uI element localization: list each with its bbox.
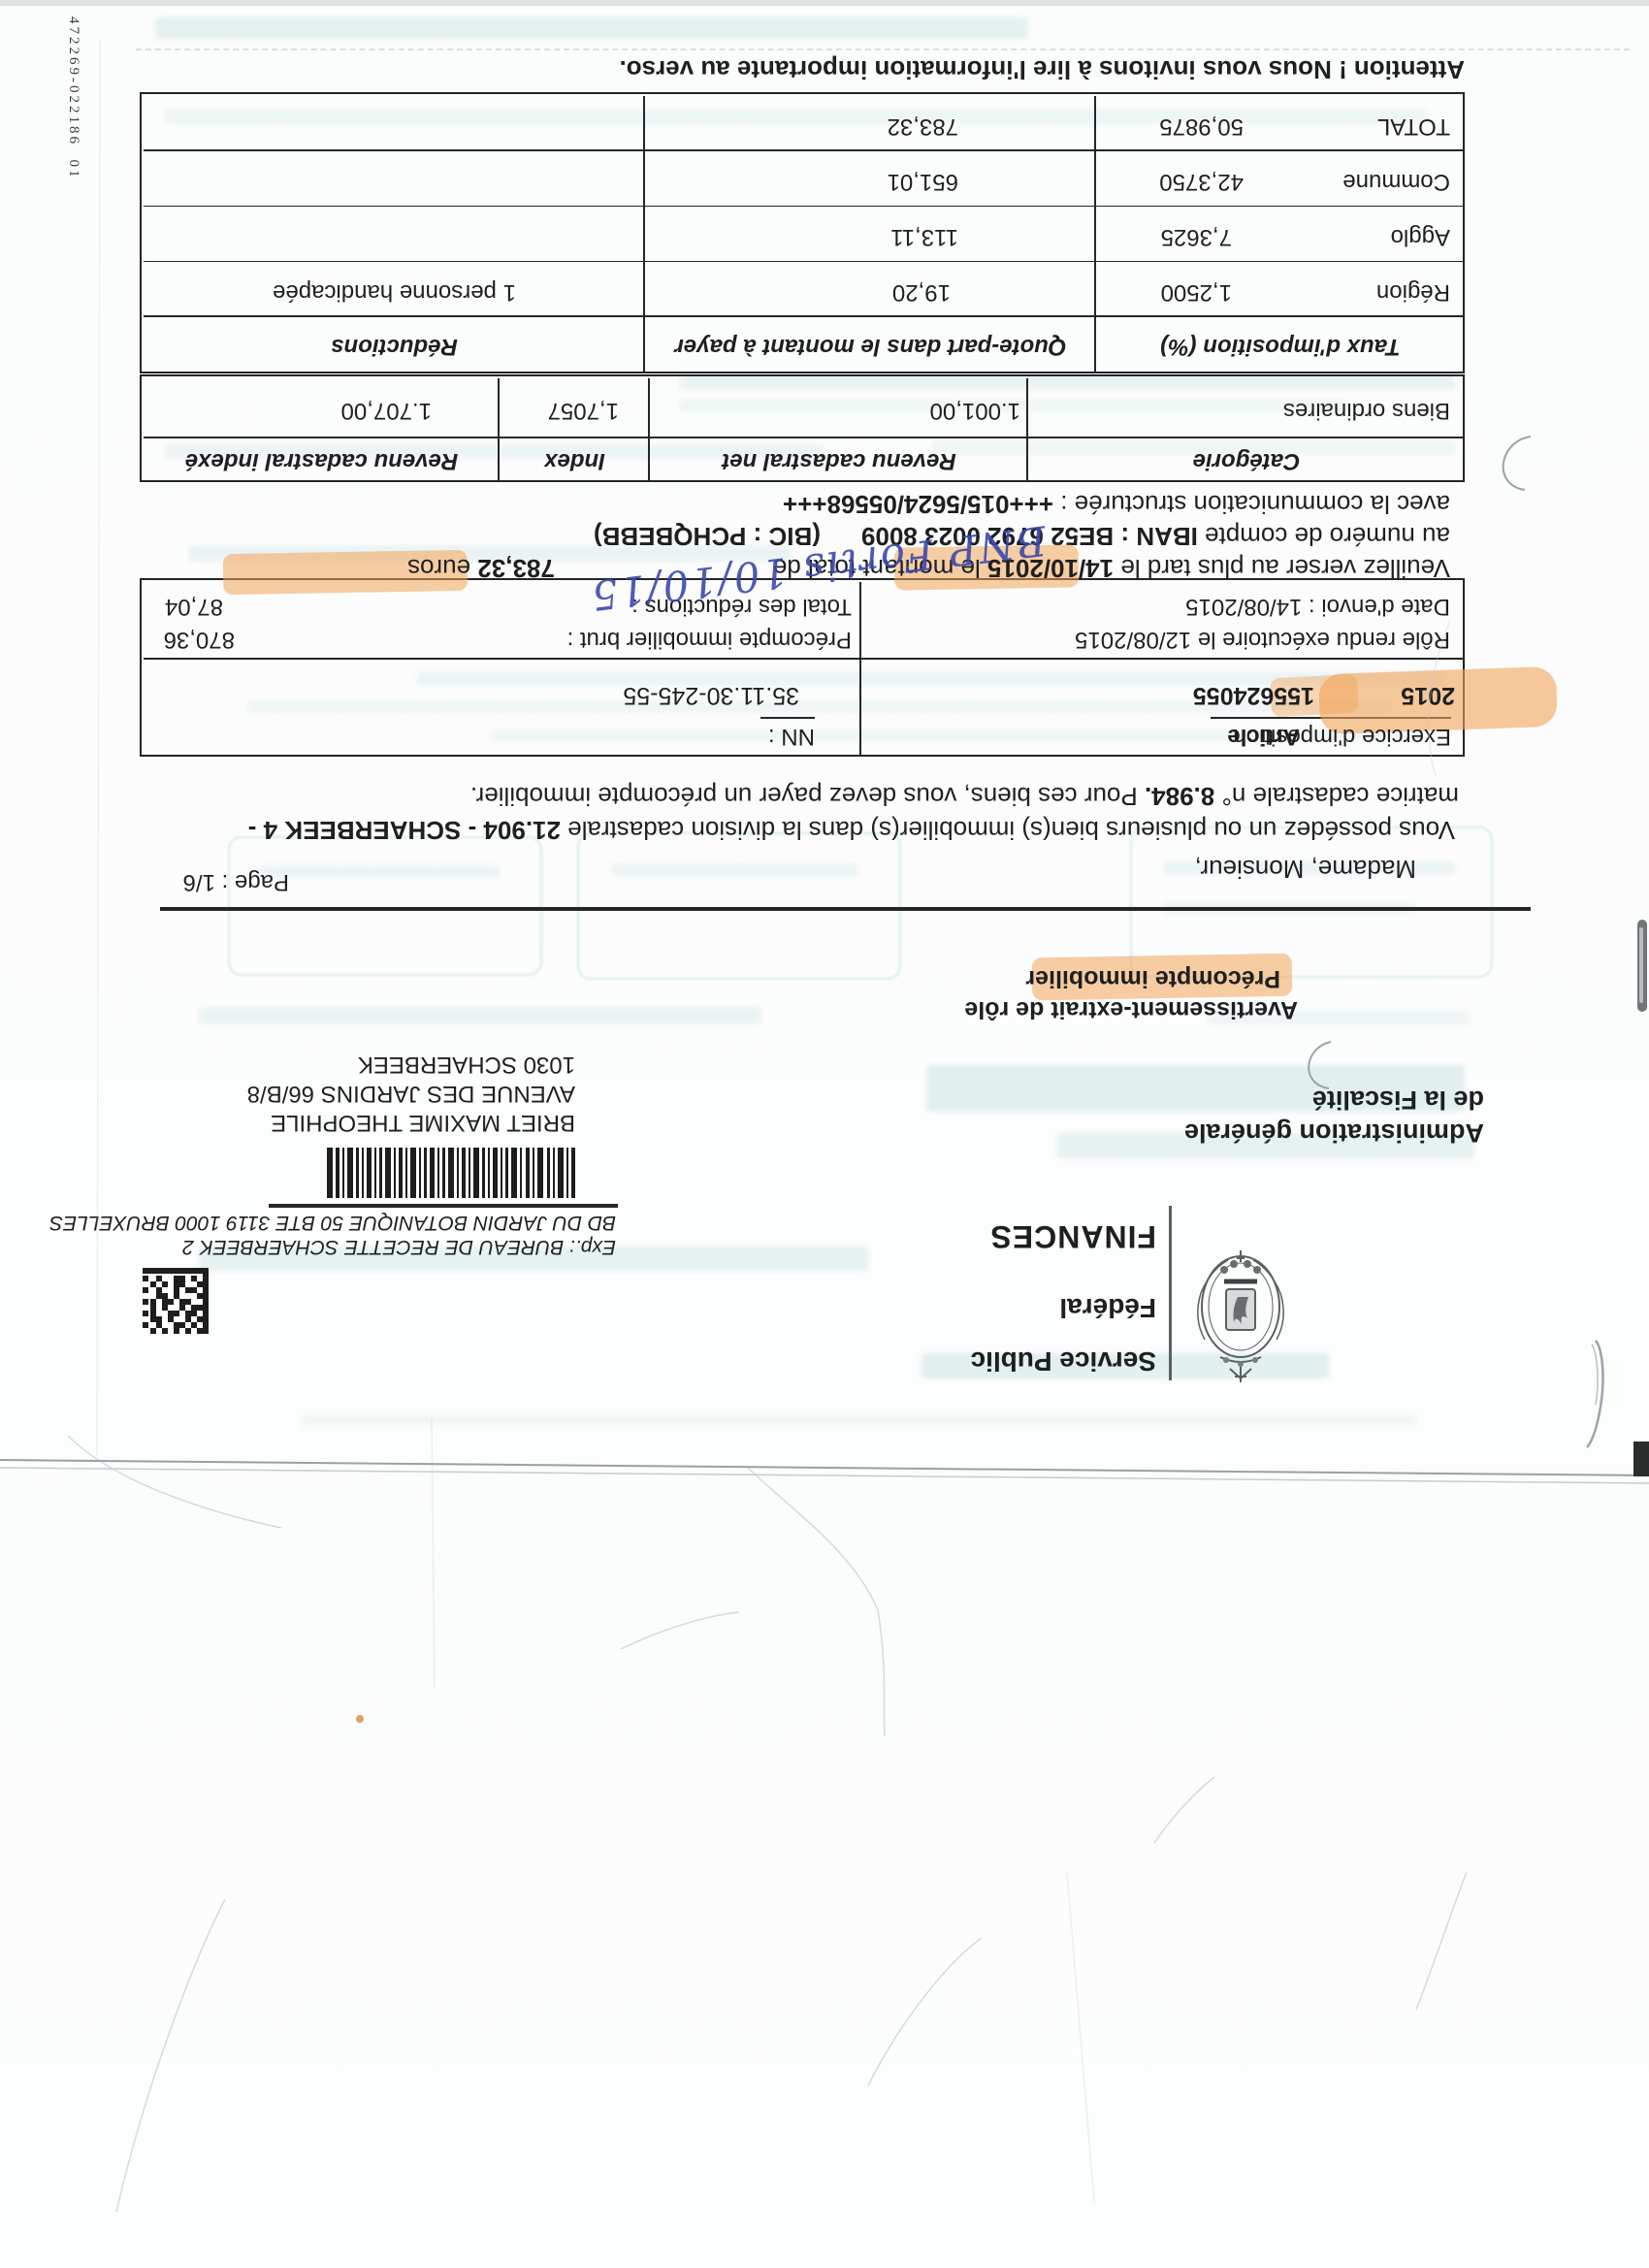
datamatrix-code [143, 1268, 209, 1334]
tax-row-label: Région [1376, 278, 1450, 306]
print-serial: 472269-022186 [66, 16, 81, 146]
reductions-value: 87,04 [165, 593, 223, 620]
tax-row-rate: 1,2500 [1161, 278, 1232, 306]
salutation: Madame, Monsieur, [1195, 854, 1416, 884]
nn-value: 35.11.30-245-55 [623, 681, 799, 709]
role-executoire-line: Rôle rendu exécutoire le 12/08/2015 [1075, 626, 1450, 653]
tax-row-label: Agglo [1391, 223, 1450, 250]
article-label: Article [1227, 723, 1300, 750]
doc-title-line1: Avertissement-extrait de rôle [964, 995, 1298, 1023]
print-serial-vertical: 472269-022186 01 [65, 16, 81, 269]
nn-label: NN : [768, 723, 815, 750]
tax-header-reductions: Réductions [144, 333, 645, 360]
sender-line1: Exp.: BUREAU DE RECETTE SCHAERBEEK 2 [182, 1235, 616, 1258]
tax-row-label: Commune [1342, 168, 1450, 195]
tax-row-share: 651,01 [888, 168, 958, 195]
belgium-coat-of-arms-icon [1191, 1233, 1290, 1386]
sender-line2: BD DU JARDIN BOTANIQUE 50 BTE 3119 1000 … [49, 1211, 616, 1234]
recipient-street: AVENUE DES JARDINS 66/B/8 [247, 1080, 575, 1107]
recipient-name: BRIET MAXIME THEOPHILE [271, 1109, 575, 1136]
org-name-line1: Service Public [971, 1345, 1156, 1377]
doc-title-line2: Précompte immobilier [1025, 964, 1280, 992]
tax-header-share: Quote-part dans le montant à payer [645, 333, 1096, 360]
cat-value-categorie: Biens ordinaires [1283, 397, 1450, 424]
cat-value-rcindexe: 1.707,00 [341, 397, 432, 424]
cat-value-rcnet: 1.001,00 [930, 397, 1020, 424]
tax-row-share: 783,32 [888, 113, 958, 140]
exercice-value: 2015 [1401, 681, 1455, 709]
recipient-city: 1030 SCHAERBEEK [358, 1051, 575, 1078]
page-indicator: Page : 1/6 [183, 868, 289, 895]
print-sheet-number: 01 [66, 160, 81, 180]
tax-table [140, 92, 1465, 373]
tax-row-label: TOTAL [1377, 113, 1450, 140]
cat-header-index: Index [500, 447, 650, 474]
intro-line1: Vous possédez un ou plusieurs bien(s) im… [248, 815, 1455, 845]
tax-row-rate: 7,3625 [1161, 223, 1232, 250]
date-envoi-line: Date d'envoi : 14/08/2015 [1185, 593, 1450, 620]
tax-row-share: 19,20 [892, 278, 951, 306]
brut-label: Précompte immobilier brut : [567, 626, 852, 653]
article-value: 155624055 [1193, 681, 1314, 709]
org-name-line2: Fédéral [1059, 1292, 1156, 1323]
tax-row-share: 113,11 [890, 223, 958, 250]
tax-header-rate: Taux d'imposition (%) [1096, 333, 1465, 360]
cat-header-rcindexe: Revenu cadastral indexé [144, 447, 500, 474]
tax-row-reduction: 1 personne handicapée [144, 278, 645, 306]
scanned-document: Service Public Fédéral FINANCES Administ… [0, 0, 1649, 2268]
admin-line2: de la Fiscalité [1312, 1085, 1484, 1115]
postal-barcode [327, 1148, 575, 1198]
tax-row-rate: 42,3750 [1159, 168, 1244, 195]
title-rule [160, 907, 1531, 911]
org-name-finances: FINANCES [989, 1218, 1156, 1254]
letterhead-divider [1169, 1206, 1172, 1380]
tax-notice-page: Service Public Fédéral FINANCES Administ… [0, 0, 1649, 1470]
cat-value-index: 1,7057 [548, 397, 619, 424]
payment-line3: avec la communication structurée : +++01… [783, 489, 1450, 519]
cat-header-rcnet: Revenu cadastral net [650, 447, 1028, 474]
sender-underline [269, 1204, 618, 1208]
cat-header-categorie: Catégorie [1028, 447, 1465, 474]
brut-value: 870,36 [164, 626, 235, 653]
admin-line1: Administration générale [1184, 1118, 1484, 1148]
intro-line2: matrice cadastrale n° 8.984. Pour ces bi… [470, 781, 1459, 811]
tax-row-rate: 50,9875 [1159, 113, 1244, 140]
footer-notice: Attention ! Nous vous invitons à lire l'… [620, 54, 1466, 84]
